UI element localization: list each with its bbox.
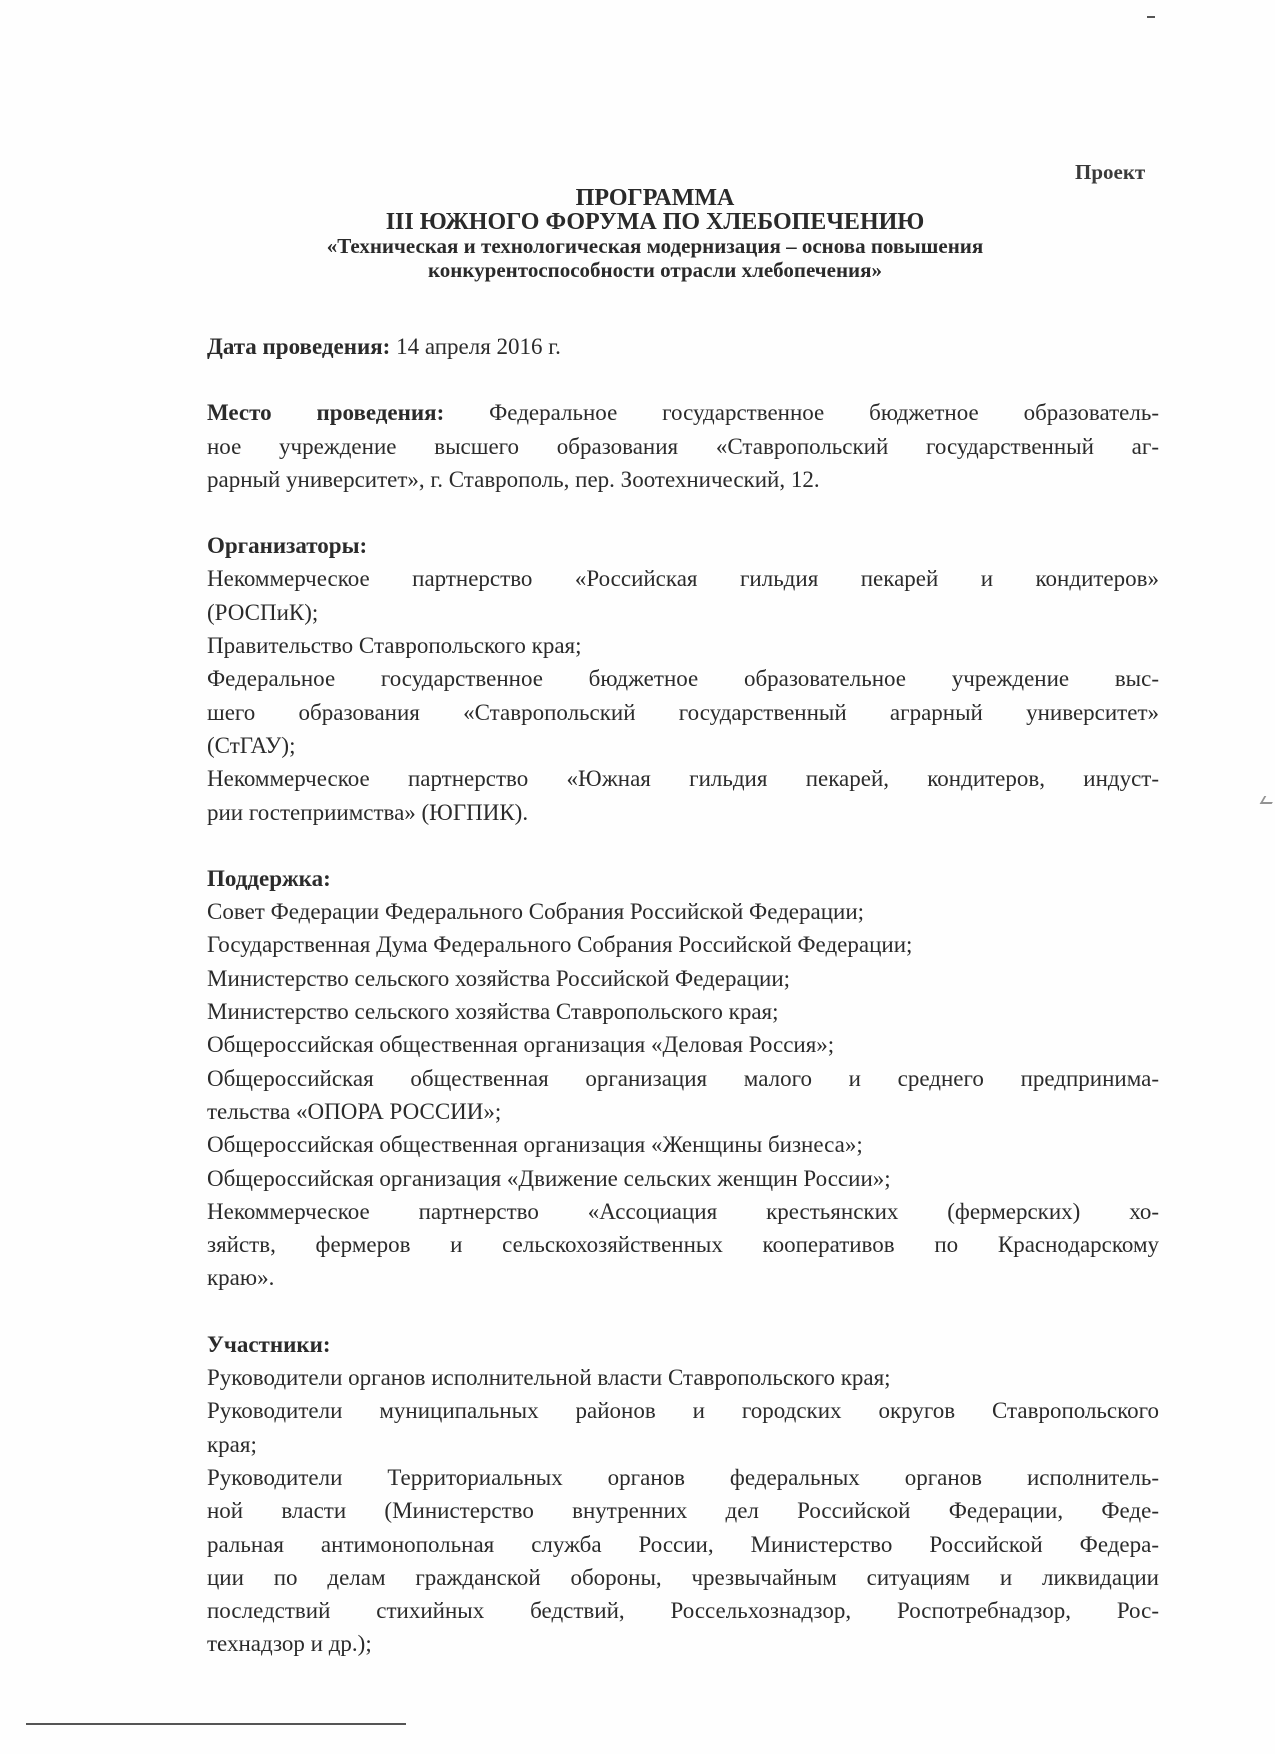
list-item-line: Федеральное государственное бюджетное об… — [207, 662, 1159, 695]
participants-list: Руководители органов исполнительной влас… — [207, 1361, 1159, 1661]
date-line: Дата проведения: 14 апреля 2016 г. — [207, 330, 1159, 363]
list-item-line: Министерство сельского хозяйства Российс… — [207, 962, 1159, 995]
list-item-line: Общероссийская общественная организация … — [207, 1028, 1159, 1061]
list-item-line: Общероссийская общественная организация … — [207, 1128, 1159, 1161]
venue-section: Место проведения: Федеральное государств… — [207, 396, 1159, 496]
date-section: Дата проведения: 14 апреля 2016 г. — [207, 330, 1159, 363]
list-item-line: ральная антимонопольная служба России, М… — [207, 1528, 1159, 1561]
list-item-line: технадзор и др.); — [207, 1627, 1159, 1660]
list-item-line: края; — [207, 1428, 1159, 1461]
scan-artifact-mark — [1260, 796, 1275, 804]
list-item-line: ции по делам гражданской обороны, чрезвы… — [207, 1561, 1159, 1594]
venue-label: Место проведения: — [207, 400, 444, 425]
list-item-line: рии гостеприимства» (ЮГПИК). — [207, 796, 1159, 829]
title-program: ПРОГРАММА — [150, 186, 1160, 210]
list-item-line: (РОСПиК); — [207, 596, 1159, 629]
list-item-line: Совет Федерации Федерального Собрания Ро… — [207, 895, 1159, 928]
list-item-line: Государственная Дума Федерального Собран… — [207, 928, 1159, 961]
list-item-line: Руководители Территориальных органов фед… — [207, 1461, 1159, 1494]
document-title: ПРОГРАММА III ЮЖНОГО ФОРУМА ПО ХЛЕБОПЕЧЕ… — [150, 186, 1160, 282]
title-forum: III ЮЖНОГО ФОРУМА ПО ХЛЕБОПЕЧЕНИЮ — [150, 210, 1160, 234]
list-item-line: шего образования «Ставропольский государ… — [207, 696, 1159, 729]
venue-line: ное учреждение высшего образования «Став… — [207, 430, 1159, 463]
list-item-line: тельства «ОПОРА РОССИИ»; — [207, 1095, 1159, 1128]
support-heading: Поддержка: — [207, 862, 1159, 895]
list-item-line: Министерство сельского хозяйства Ставроп… — [207, 995, 1159, 1028]
list-item-line: ной власти (Министерство внутренних дел … — [207, 1494, 1159, 1527]
date-label: Дата проведения: — [207, 334, 390, 359]
list-item-line: Некоммерческое партнерство «Ассоциация к… — [207, 1195, 1159, 1228]
organizers-heading: Организаторы: — [207, 529, 1159, 562]
list-item-line: Руководители муниципальных районов и гор… — [207, 1394, 1159, 1427]
date-value: 14 апреля 2016 г. — [390, 334, 561, 359]
title-theme-line-1: «Техническая и технологическая модерниза… — [150, 234, 1160, 258]
footnote-divider — [26, 1723, 406, 1725]
participants-section: Участники: Руководители органов исполнит… — [207, 1328, 1159, 1661]
document-body: Дата проведения: 14 апреля 2016 г. Место… — [207, 330, 1159, 1694]
list-item-line: Правительство Ставропольского края; — [207, 629, 1159, 662]
list-item-line: Общероссийская общественная организация … — [207, 1062, 1159, 1095]
draft-stamp: Проект — [1075, 160, 1145, 185]
support-section: Поддержка: Совет Федерации Федерального … — [207, 862, 1159, 1295]
document-page: Проект ПРОГРАММА III ЮЖНОГО ФОРУМА ПО ХЛ… — [0, 0, 1275, 1754]
list-item-line: Руководители органов исполнительной влас… — [207, 1361, 1159, 1394]
venue-line: рарный университет», г. Ставрополь, пер.… — [207, 463, 1159, 496]
venue-text: Федеральное государственное бюджетное об… — [444, 400, 1159, 425]
organizers-section: Организаторы: Некоммерческое партнерство… — [207, 529, 1159, 829]
participants-heading: Участники: — [207, 1328, 1159, 1361]
list-item-line: зяйств, фермеров и сельскохозяйственных … — [207, 1228, 1159, 1261]
title-theme-line-2: конкурентоспособности отрасли хлебопечен… — [150, 258, 1160, 282]
venue-line: Место проведения: Федеральное государств… — [207, 396, 1159, 429]
list-item-line: (СтГАУ); — [207, 729, 1159, 762]
scan-artifact-mark — [1147, 16, 1155, 18]
list-item-line: Общероссийская организация «Движение сел… — [207, 1162, 1159, 1195]
list-item-line: последствий стихийных бедствий, Россельх… — [207, 1594, 1159, 1627]
organizers-list: Некоммерческое партнерство «Российская г… — [207, 562, 1159, 828]
list-item-line: Некоммерческое партнерство «Российская г… — [207, 562, 1159, 595]
list-item-line: краю». — [207, 1261, 1159, 1294]
list-item-line: Некоммерческое партнерство «Южная гильди… — [207, 762, 1159, 795]
support-list: Совет Федерации Федерального Собрания Ро… — [207, 895, 1159, 1295]
